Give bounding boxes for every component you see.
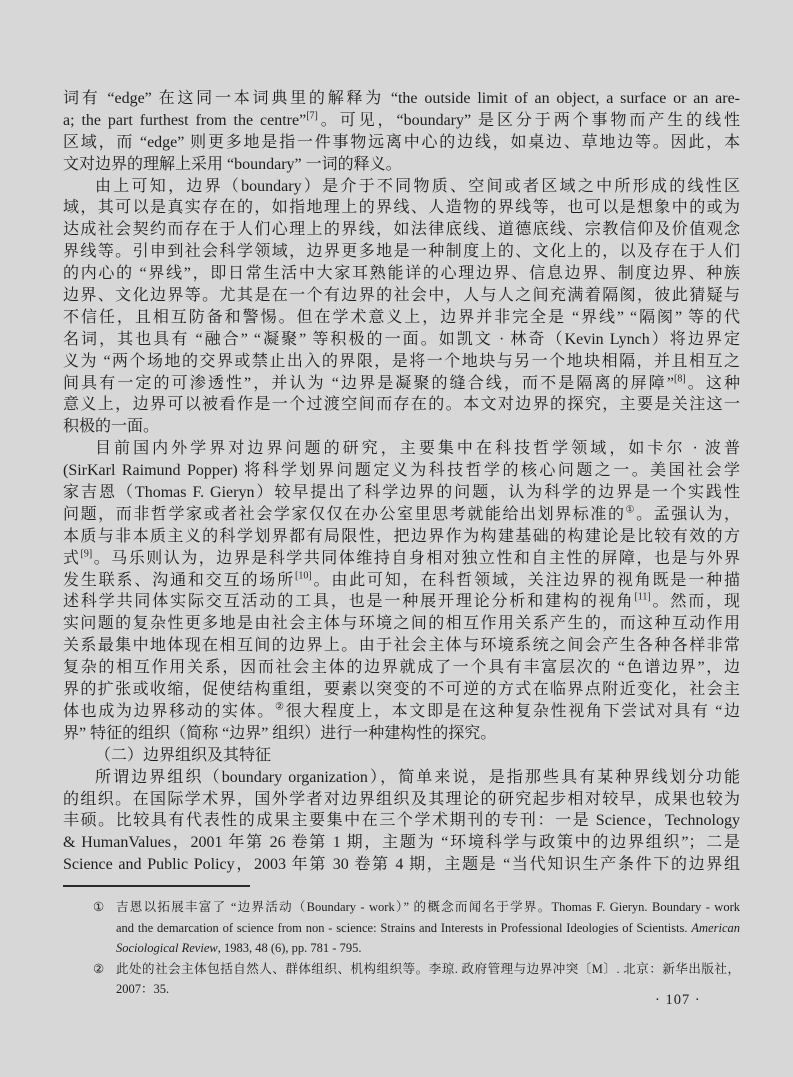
- superscript-ref: ①: [626, 505, 637, 516]
- text-line: 名词，其也具有 “融合” “凝聚” 等积极的一面。如凯文 · 林奇（Kevin …: [63, 329, 740, 351]
- text-line: 复杂的相互作用关系，因而社会主体的边界就成了一个具有丰富层次的 “色谱边界”，边: [63, 657, 740, 679]
- text-line: 词有 “edge” 在这同一本词典里的解释为 “the outside limi…: [63, 88, 740, 110]
- superscript-ref: [11]: [634, 592, 650, 603]
- superscript-ref: [7]: [306, 111, 318, 122]
- text-line: 域，其可以是真实存在的，如指地理上的界线、人造物的界线等，也可以是想象中的或为: [63, 197, 740, 219]
- text-line: 丰硕。比较具有代表性的成果主要集中在三个学术期刊的专刊：一是 Science，T…: [63, 810, 740, 832]
- text-line: 家吉恩（Thomas F. Gieryn）较早提出了科学边界的问题，认为科学的边…: [63, 482, 740, 504]
- text-line: 由上可知，边界（boundary）是介于不同物质、空间或者区域之中所形成的线性区: [63, 176, 740, 198]
- text-line: 体也成为边界移动的实体。②很大程度上，本文即是在这种复杂性视角下尝试对具有 “边: [63, 701, 740, 723]
- text-line: 义为 “两个场地的交界或禁止出入的界限，是将一个地块与另一个地块相隔，并且相互之: [63, 351, 740, 373]
- text-line: 达成社会契约而存在于人们心理上的界线，如法律底线、道德底线、宗教信仰及价值观念: [63, 219, 740, 241]
- text-line: 边界、文化边界等。尤其是在一个有边界的社会中，人与人之间充满着隔阂，彼此猜疑与: [63, 285, 740, 307]
- footnote-marker: ①: [93, 897, 104, 918]
- text-line: 的内心的 “界线”，即日常生活中大家耳熟能详的心理边界、信息边界、制度边界、种族: [63, 263, 740, 285]
- text-line: 式[9]。马乐则认为，边界是科学共同体维持自身相对独立性和自主性的屏障，也是与外…: [63, 548, 740, 570]
- text-line: 目前国内外学界对边界问题的研究，主要集中在科技哲学领域，如卡尔 · 波普: [63, 438, 740, 460]
- text-line: 文对边界的理解上采用 “boundary” 一词的释义。: [63, 154, 740, 176]
- text-line: 界” 特征的组织（简称 “边界” 组织）进行一种建构性的探究。: [63, 723, 740, 745]
- text-line: 不信任，且相互防备和警惕。但在学术意义上，边界并非完全是 “界线” “隔阂” 等…: [63, 307, 740, 329]
- footnote-line: 此处的社会主体包括自然人、群体组织、机构组织等。李琼. 政府管理与边界冲突〔M〕…: [116, 959, 740, 980]
- superscript-ref: [10]: [295, 570, 312, 581]
- document-page: 词有 “edge” 在这同一本词典里的解释为 “the outside limi…: [0, 0, 793, 1077]
- text-line: 述科学共同体实际交互活动的工具，也是一种展开理论分析和建构的视角[11]。然而，…: [63, 591, 740, 613]
- text-line: 所谓边界组织（boundary organization），简单来说，是指那些具…: [63, 767, 740, 789]
- text-line: 的组织。在国际学术界，国外学者对边界组织及其理论的研究起步相对较早，成果也较为: [63, 789, 740, 811]
- text-line: 发生联系、沟通和交互的场所[10]。由此可知，在科哲领域，关注边界的视角既是一种…: [63, 570, 740, 592]
- page-number: · 107 ·: [655, 992, 701, 1009]
- footnote: ①吉恩以拓展丰富了 “边界活动（Boundary - work）” 的概念而闻名…: [93, 897, 740, 959]
- text-line: 间具有一定的可渗透性”，并认为 “边界是凝聚的缝合线，而不是隔离的屏障”[8]。…: [63, 373, 740, 395]
- footnotes: ①吉恩以拓展丰富了 “边界活动（Boundary - work）” 的概念而闻名…: [93, 897, 740, 1000]
- body-text: 词有 “edge” 在这同一本词典里的解释为 “the outside limi…: [63, 88, 740, 876]
- text-line: 界线等。引申到社会科学领域，边界更多地是一种制度上的、文化上的，以及存在于人们: [63, 241, 740, 263]
- text-line: Science and Public Policy，2003 年第 30 卷第 …: [63, 854, 740, 876]
- footnote-line: 吉恩以拓展丰富了 “边界活动（Boundary - work）” 的概念而闻名于…: [116, 897, 740, 918]
- text-line: 界的扩张或收缩，促使结构重组，要素以突变的不可逆的方式在临界点附近变化，社会主: [63, 679, 740, 701]
- text-line: 区域，而 “edge” 则更多地是指一件事物远离中心的边线，如桌边、草地边等。因…: [63, 132, 740, 154]
- text-line: (SirKarl Raimund Popper) 将科学划界问题定义为科技哲学的…: [63, 460, 740, 482]
- text-line: 问题，而非哲学家或者社会学家仅仅在办公室里思考就能给出划界标准的①。孟强认为，: [63, 504, 740, 526]
- footnote-divider: [63, 885, 250, 887]
- text-line: 本质与非本质主义的科学划界都有局限性，把边界作为构建基础的构建论是比较有效的方: [63, 526, 740, 548]
- footnote-marker: ②: [93, 959, 104, 980]
- text-line: 意义上，边界可以被看作是一个过渡空间而存在的。本文对边界的探究，主要是关注这一: [63, 394, 740, 416]
- text-line: 积极的一面。: [63, 416, 740, 438]
- text-line: & HumanValues，2001 年第 26 卷第 1 期，主题为 “环境科…: [63, 832, 740, 854]
- text-line: a; the part furthest from the centre”[7]…: [63, 110, 740, 132]
- footnote: ②此处的社会主体包括自然人、群体组织、机构组织等。李琼. 政府管理与边界冲突〔M…: [93, 959, 740, 1000]
- footnote-line: and the demarcation of science from non …: [116, 918, 740, 939]
- superscript-ref: [8]: [674, 373, 686, 384]
- superscript-ref: [9]: [81, 548, 93, 559]
- footnote-line: Sociological Review, 1983, 48 (6), pp. 7…: [116, 938, 740, 959]
- superscript-ref: ②: [275, 702, 286, 713]
- text-line: 关系最集中地体现在相互间的边界上。由于社会主体与环境系统之间会产生各种各样非常: [63, 635, 740, 657]
- footnote-line: 2007：35.: [116, 979, 740, 1000]
- text-line: （二）边界组织及其特征: [63, 745, 740, 767]
- text-line: 实问题的复杂性更多地是由社会主体与环境之间的相互作用关系产生的，而这种互动作用: [63, 613, 740, 635]
